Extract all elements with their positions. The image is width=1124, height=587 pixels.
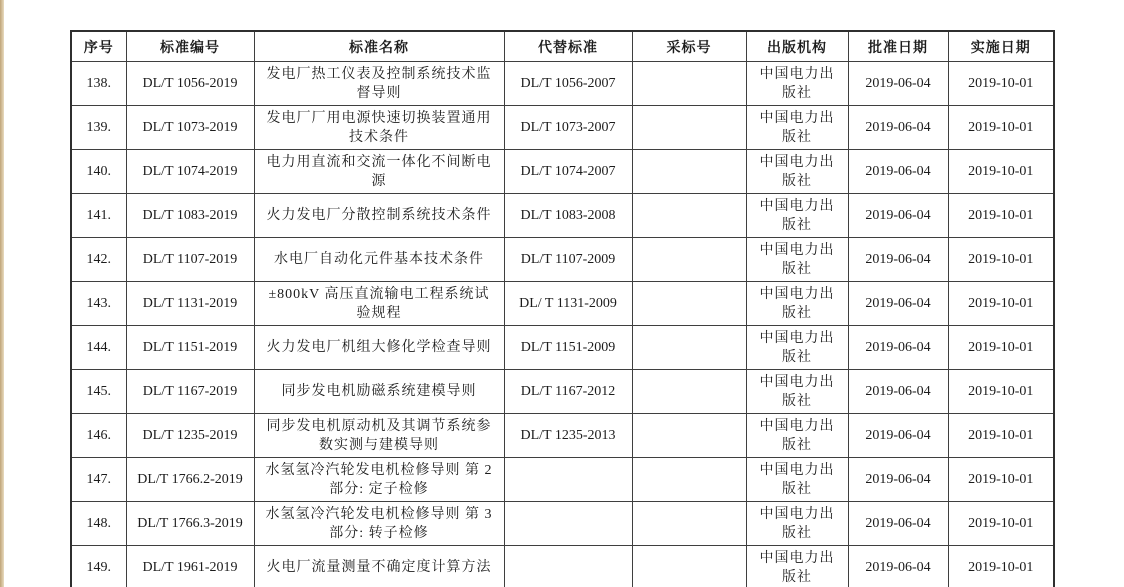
cell-serial: 142. [71, 238, 126, 282]
cell-implementation-date: 2019-10-01 [948, 106, 1054, 150]
cell-standard-name: 火力发电厂机组大修化学检查导则 [254, 326, 504, 370]
cell-approval-date: 2019-06-04 [848, 546, 948, 587]
cell-replaced-standard: DL/ T 1131-2009 [504, 282, 632, 326]
cell-replaced-standard [504, 546, 632, 587]
cell-adoption-code [632, 194, 746, 238]
cell-adoption-code [632, 282, 746, 326]
table-row: 146.DL/T 1235-2019同步发电机原动机及其调节系统参数实测与建模导… [71, 414, 1054, 458]
cell-implementation-date: 2019-10-01 [948, 502, 1054, 546]
cell-replaced-standard: DL/T 1073-2007 [504, 106, 632, 150]
standards-table: 序号 标准编号 标准名称 代替标准 采标号 出版机构 批准日期 实施日期 138… [70, 30, 1055, 587]
cell-standard-name: 发电厂厂用电源快速切换装置通用技术条件 [254, 106, 504, 150]
cell-standard-name: 火力发电厂分散控制系统技术条件 [254, 194, 504, 238]
cell-standard-name: 水氢氢冷汽轮发电机检修导则 第 3 部分: 转子检修 [254, 502, 504, 546]
cell-publisher: 中国电力出版社 [746, 546, 848, 587]
cell-publisher: 中国电力出版社 [746, 150, 848, 194]
cell-serial: 147. [71, 458, 126, 502]
table-row: 144.DL/T 1151-2019火力发电厂机组大修化学检查导则DL/T 11… [71, 326, 1054, 370]
cell-adoption-code [632, 458, 746, 502]
header-implementation-date: 实施日期 [948, 31, 1054, 62]
cell-publisher: 中国电力出版社 [746, 282, 848, 326]
cell-adoption-code [632, 238, 746, 282]
cell-implementation-date: 2019-10-01 [948, 62, 1054, 106]
cell-adoption-code [632, 546, 746, 587]
cell-standard-name: ±800kV 高压直流输电工程系统试验规程 [254, 282, 504, 326]
cell-publisher: 中国电力出版社 [746, 106, 848, 150]
header-approval-date: 批准日期 [848, 31, 948, 62]
cell-publisher: 中国电力出版社 [746, 194, 848, 238]
cell-approval-date: 2019-06-04 [848, 194, 948, 238]
table-row: 140.DL/T 1074-2019电力用直流和交流一体化不间断电源DL/T 1… [71, 150, 1054, 194]
cell-standard-code: DL/T 1073-2019 [126, 106, 254, 150]
cell-serial: 140. [71, 150, 126, 194]
cell-implementation-date: 2019-10-01 [948, 546, 1054, 587]
cell-approval-date: 2019-06-04 [848, 62, 948, 106]
cell-publisher: 中国电力出版社 [746, 370, 848, 414]
cell-serial: 138. [71, 62, 126, 106]
cell-standard-code: DL/T 1766.3-2019 [126, 502, 254, 546]
cell-serial: 149. [71, 546, 126, 587]
cell-adoption-code [632, 370, 746, 414]
cell-implementation-date: 2019-10-01 [948, 414, 1054, 458]
cell-approval-date: 2019-06-04 [848, 370, 948, 414]
cell-standard-code: DL/T 1151-2019 [126, 326, 254, 370]
cell-standard-name: 发电厂热工仪表及控制系统技术监督导则 [254, 62, 504, 106]
cell-standard-code: DL/T 1235-2019 [126, 414, 254, 458]
cell-publisher: 中国电力出版社 [746, 458, 848, 502]
cell-publisher: 中国电力出版社 [746, 502, 848, 546]
cell-implementation-date: 2019-10-01 [948, 238, 1054, 282]
cell-approval-date: 2019-06-04 [848, 238, 948, 282]
cell-serial: 144. [71, 326, 126, 370]
cell-standard-code: DL/T 1107-2019 [126, 238, 254, 282]
header-publisher: 出版机构 [746, 31, 848, 62]
cell-replaced-standard: DL/T 1083-2008 [504, 194, 632, 238]
cell-approval-date: 2019-06-04 [848, 326, 948, 370]
cell-implementation-date: 2019-10-01 [948, 282, 1054, 326]
cell-implementation-date: 2019-10-01 [948, 458, 1054, 502]
cell-adoption-code [632, 62, 746, 106]
header-standard-code: 标准编号 [126, 31, 254, 62]
cell-replaced-standard: DL/T 1235-2013 [504, 414, 632, 458]
table-header: 序号 标准编号 标准名称 代替标准 采标号 出版机构 批准日期 实施日期 [71, 31, 1054, 62]
cell-replaced-standard: DL/T 1056-2007 [504, 62, 632, 106]
cell-standard-code: DL/T 1167-2019 [126, 370, 254, 414]
cell-replaced-standard [504, 458, 632, 502]
header-adoption-code: 采标号 [632, 31, 746, 62]
cell-standard-name: 火电厂流量测量不确定度计算方法 [254, 546, 504, 587]
cell-serial: 145. [71, 370, 126, 414]
table-row: 148.DL/T 1766.3-2019水氢氢冷汽轮发电机检修导则 第 3 部分… [71, 502, 1054, 546]
cell-standard-code: DL/T 1131-2019 [126, 282, 254, 326]
cell-replaced-standard: DL/T 1074-2007 [504, 150, 632, 194]
table-row: 139.DL/T 1073-2019发电厂厂用电源快速切换装置通用技术条件DL/… [71, 106, 1054, 150]
cell-adoption-code [632, 414, 746, 458]
cell-standard-code: DL/T 1074-2019 [126, 150, 254, 194]
cell-approval-date: 2019-06-04 [848, 458, 948, 502]
cell-serial: 146. [71, 414, 126, 458]
cell-standard-name: 电力用直流和交流一体化不间断电源 [254, 150, 504, 194]
cell-replaced-standard: DL/T 1107-2009 [504, 238, 632, 282]
cell-implementation-date: 2019-10-01 [948, 326, 1054, 370]
cell-publisher: 中国电力出版社 [746, 414, 848, 458]
header-standard-name: 标准名称 [254, 31, 504, 62]
cell-standard-name: 同步发电机励磁系统建模导则 [254, 370, 504, 414]
cell-standard-code: DL/T 1961-2019 [126, 546, 254, 587]
cell-standard-code: DL/T 1766.2-2019 [126, 458, 254, 502]
cell-standard-name: 同步发电机原动机及其调节系统参数实测与建模导则 [254, 414, 504, 458]
cell-implementation-date: 2019-10-01 [948, 150, 1054, 194]
cell-adoption-code [632, 326, 746, 370]
header-serial: 序号 [71, 31, 126, 62]
table-row: 145.DL/T 1167-2019同步发电机励磁系统建模导则DL/T 1167… [71, 370, 1054, 414]
cell-implementation-date: 2019-10-01 [948, 194, 1054, 238]
page-edge-strip [0, 0, 4, 587]
cell-approval-date: 2019-06-04 [848, 150, 948, 194]
cell-adoption-code [632, 106, 746, 150]
cell-standard-code: DL/T 1056-2019 [126, 62, 254, 106]
table-body: 138.DL/T 1056-2019发电厂热工仪表及控制系统技术监督导则DL/T… [71, 62, 1054, 587]
cell-standard-name: 水氢氢冷汽轮发电机检修导则 第 2 部分: 定子检修 [254, 458, 504, 502]
cell-approval-date: 2019-06-04 [848, 106, 948, 150]
table-row: 149.DL/T 1961-2019火电厂流量测量不确定度计算方法中国电力出版社… [71, 546, 1054, 587]
cell-standard-name: 水电厂自动化元件基本技术条件 [254, 238, 504, 282]
table-row: 147.DL/T 1766.2-2019水氢氢冷汽轮发电机检修导则 第 2 部分… [71, 458, 1054, 502]
cell-replaced-standard: DL/T 1167-2012 [504, 370, 632, 414]
cell-approval-date: 2019-06-04 [848, 502, 948, 546]
document-page: 序号 标准编号 标准名称 代替标准 采标号 出版机构 批准日期 实施日期 138… [0, 0, 1124, 587]
header-row: 序号 标准编号 标准名称 代替标准 采标号 出版机构 批准日期 实施日期 [71, 31, 1054, 62]
cell-serial: 139. [71, 106, 126, 150]
cell-adoption-code [632, 502, 746, 546]
cell-approval-date: 2019-06-04 [848, 282, 948, 326]
cell-publisher: 中国电力出版社 [746, 238, 848, 282]
cell-standard-code: DL/T 1083-2019 [126, 194, 254, 238]
cell-approval-date: 2019-06-04 [848, 414, 948, 458]
cell-publisher: 中国电力出版社 [746, 62, 848, 106]
header-replaced-standard: 代替标准 [504, 31, 632, 62]
cell-serial: 143. [71, 282, 126, 326]
cell-serial: 148. [71, 502, 126, 546]
cell-replaced-standard: DL/T 1151-2009 [504, 326, 632, 370]
cell-implementation-date: 2019-10-01 [948, 370, 1054, 414]
table-row: 138.DL/T 1056-2019发电厂热工仪表及控制系统技术监督导则DL/T… [71, 62, 1054, 106]
cell-replaced-standard [504, 502, 632, 546]
table-row: 142.DL/T 1107-2019水电厂自动化元件基本技术条件DL/T 110… [71, 238, 1054, 282]
table-row: 143.DL/T 1131-2019±800kV 高压直流输电工程系统试验规程D… [71, 282, 1054, 326]
cell-adoption-code [632, 150, 746, 194]
cell-serial: 141. [71, 194, 126, 238]
table-row: 141.DL/T 1083-2019火力发电厂分散控制系统技术条件DL/T 10… [71, 194, 1054, 238]
cell-publisher: 中国电力出版社 [746, 326, 848, 370]
